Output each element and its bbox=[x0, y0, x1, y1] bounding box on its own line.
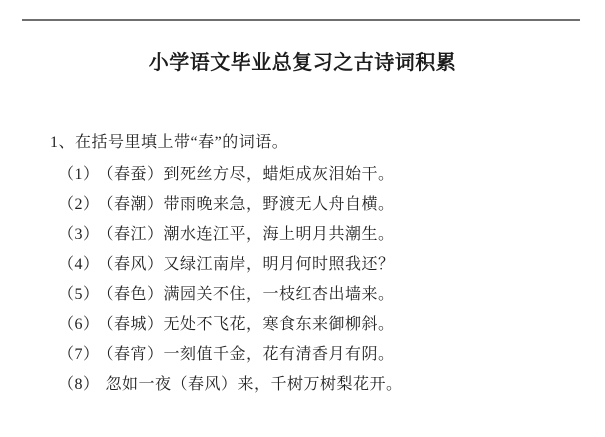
item-text: （春宵）一刻值千金，花有清香月有阴。 bbox=[106, 346, 395, 363]
item-number: （5） bbox=[58, 286, 100, 303]
item-number: （2） bbox=[58, 196, 100, 213]
item-number: （6） bbox=[58, 316, 100, 333]
item-text: （春风）又绿江南岸，明月何时照我还？ bbox=[106, 256, 395, 273]
item-number: （7） bbox=[58, 346, 100, 363]
item-text: （春蚕）到死丝方尽，蜡炬成灰泪始干。 bbox=[106, 166, 395, 183]
list-item: （8）忽如一夜（春风）来，千树万树梨花开。 bbox=[0, 370, 605, 400]
item-number: （8） bbox=[58, 376, 100, 393]
item-number: （1） bbox=[58, 166, 100, 183]
list-item: （4）（春风）又绿江南岸，明月何时照我还？ bbox=[0, 250, 605, 280]
item-text: （春江）潮水连江平，海上明月共潮生。 bbox=[106, 226, 395, 243]
list-item: （6）（春城）无处不飞花，寒食东来御柳斜。 bbox=[0, 310, 605, 340]
list-item: （1）（春蚕）到死丝方尽，蜡炬成灰泪始干。 bbox=[0, 160, 605, 190]
item-number: （4） bbox=[58, 256, 100, 273]
header-rule bbox=[22, 19, 580, 21]
page-title: 小学语文毕业总复习之古诗词积累 bbox=[0, 50, 605, 76]
item-text: 忽如一夜（春风）来，千树万树梨花开。 bbox=[106, 376, 403, 393]
list-item: （3）（春江）潮水连江平，海上明月共潮生。 bbox=[0, 220, 605, 250]
item-text: （春色）满园关不住，一枝红杏出墙来。 bbox=[106, 286, 395, 303]
document-page: 小学语文毕业总复习之古诗词积累 1、在括号里填上带“春”的词语。 （1）（春蚕）… bbox=[0, 0, 605, 437]
question-prompt: 1、在括号里填上带“春”的词语。 bbox=[50, 128, 288, 158]
item-text: （春城）无处不飞花，寒食东来御柳斜。 bbox=[106, 316, 395, 333]
answer-list: （1）（春蚕）到死丝方尽，蜡炬成灰泪始干。 （2）（春潮）带雨晚来急，野渡无人舟… bbox=[0, 160, 605, 400]
item-number: （3） bbox=[58, 226, 100, 243]
list-item: （7）（春宵）一刻值千金，花有清香月有阴。 bbox=[0, 340, 605, 370]
list-item: （2）（春潮）带雨晚来急，野渡无人舟自横。 bbox=[0, 190, 605, 220]
item-text: （春潮）带雨晚来急，野渡无人舟自横。 bbox=[106, 196, 395, 213]
list-item: （5）（春色）满园关不住，一枝红杏出墙来。 bbox=[0, 280, 605, 310]
